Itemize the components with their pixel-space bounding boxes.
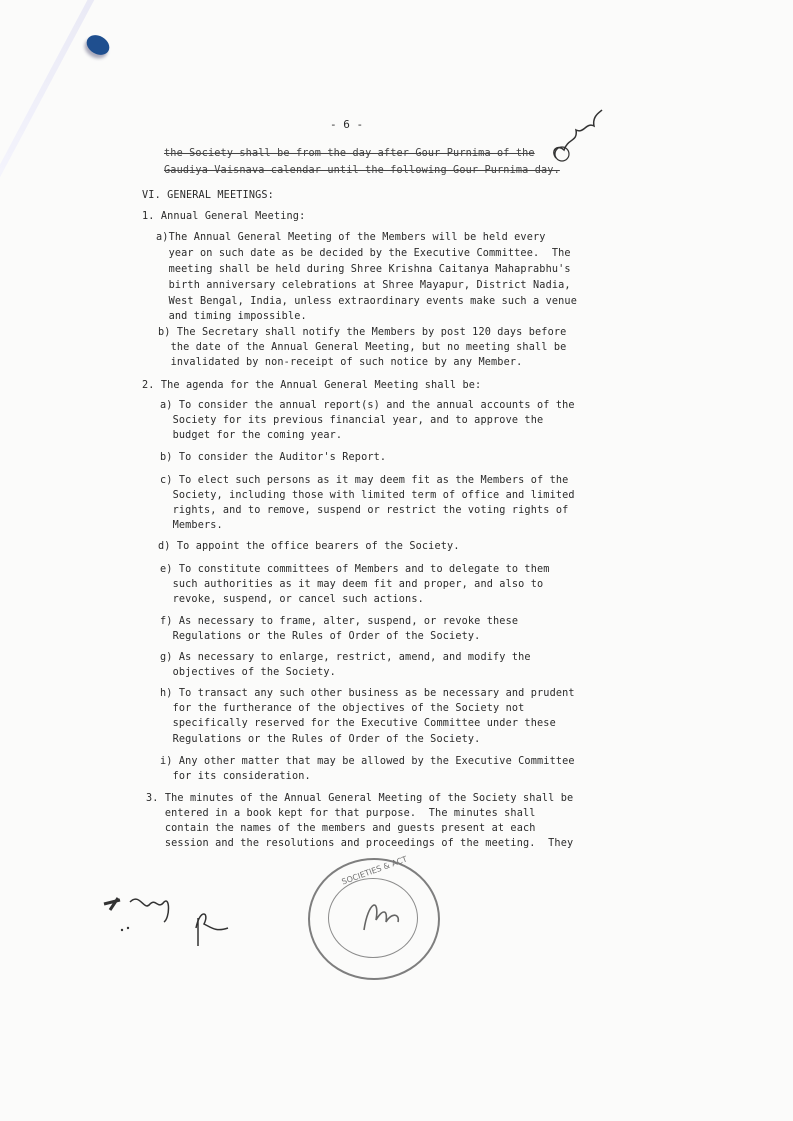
para-line: Regulations or the Rules of Order of the…: [160, 734, 480, 745]
item-heading: 2. The agenda for the Annual General Mee…: [142, 380, 481, 391]
binder-clip-mark: [83, 31, 113, 59]
para-line: the date of the Annual General Meeting, …: [158, 342, 566, 353]
para-line: entered in a book kept for that purpose.…: [146, 808, 536, 819]
para-line: year on such date as be decided by the E…: [156, 248, 571, 259]
para-line: Members.: [160, 520, 223, 531]
para-line: such authorities as it may deem fit and …: [160, 579, 543, 590]
para-line: invalidated by non-receipt of such notic…: [158, 357, 522, 368]
official-seal-stamp: SOCIETIES & ACT: [308, 858, 440, 980]
para-line: c) To elect such persons as it may deem …: [160, 475, 568, 486]
carryover-line: the Society shall be from the day after …: [164, 148, 535, 159]
para-line: a) To consider the annual report(s) and …: [160, 400, 575, 411]
para-line: revoke, suspend, or cancel such actions.: [160, 594, 424, 605]
para-line: Society, including those with limited te…: [160, 490, 575, 501]
para-line: for the furtherance of the objectives of…: [160, 703, 524, 714]
para-line: objectives of the Society.: [160, 667, 336, 678]
para-line: specifically reserved for the Executive …: [160, 718, 556, 729]
margin-initials-signature: [548, 108, 608, 168]
para-line: West Bengal, India, unless extraordinary…: [156, 296, 577, 307]
document-page: - 6 - the Society shall be from the day …: [0, 0, 793, 1121]
para-line: e) To constitute committees of Members a…: [160, 564, 550, 575]
section-heading: VI. GENERAL MEETINGS:: [142, 190, 274, 201]
scan-streak: [0, 0, 97, 189]
para-line: and timing impossible.: [156, 311, 307, 322]
para-line: i) Any other matter that may be allowed …: [160, 756, 575, 767]
para-line: Regulations or the Rules of Order of the…: [160, 631, 480, 642]
para-line: 3. The minutes of the Annual General Mee…: [146, 793, 573, 804]
para-line: birth anniversary celebrations at Shree …: [156, 280, 571, 291]
para-line: rights, and to remove, suspend or restri…: [160, 505, 568, 516]
para-line: g) As necessary to enlarge, restrict, am…: [160, 652, 531, 663]
para-line: b) To consider the Auditor's Report.: [160, 452, 386, 463]
para-line: d) To appoint the office bearers of the …: [158, 541, 460, 552]
para-line: a)The Annual General Meeting of the Memb…: [156, 232, 546, 243]
para-line: Society for its previous financial year,…: [160, 415, 543, 426]
stamp-signature: [358, 892, 408, 936]
para-line: h) To transact any such other business a…: [160, 688, 575, 699]
carryover-line: Gaudiya Vaisnava calendar until the foll…: [164, 165, 560, 176]
para-line: contain the names of the members and gue…: [146, 823, 536, 834]
item-heading: 1. Annual General Meeting:: [142, 211, 305, 222]
para-line: session and the resolutions and proceedi…: [146, 838, 573, 849]
para-line: budget for the coming year.: [160, 430, 342, 441]
handwritten-signature: [100, 888, 240, 948]
para-line: meeting shall be held during Shree Krish…: [156, 264, 571, 275]
page-number: - 6 -: [330, 118, 363, 131]
para-line: f) As necessary to frame, alter, suspend…: [160, 616, 518, 627]
para-line: b) The Secretary shall notify the Member…: [158, 327, 566, 338]
para-line: for its consideration.: [160, 771, 311, 782]
